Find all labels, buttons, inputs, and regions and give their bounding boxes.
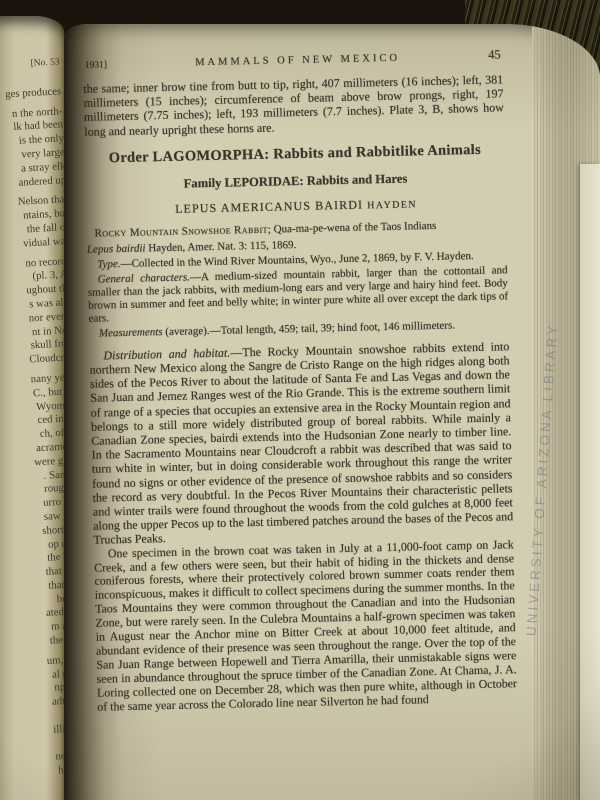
synonymy-species: Lepus bairdii <box>87 242 146 255</box>
left-page-fragment-line: nparison: <box>37 680 64 697</box>
left-page-fragment-line: um, shows <box>36 652 64 669</box>
family-heading: Family LEPORIDAE: Rabbits and Hares <box>85 169 505 194</box>
left-page-fragment-line: that there <box>31 577 64 594</box>
left-page-fragment-line: ated, were <box>33 605 64 622</box>
measurements-paren: (average). <box>162 325 209 338</box>
left-page-fragment-line: neters (46 <box>41 749 64 766</box>
order-heading: Order LAGOMORPHA: Rabbits and Rabbitlike… <box>85 141 505 168</box>
synonymy-citation: Hayden, Amer. Nat. 3: 115, 1869. <box>145 239 296 254</box>
left-page-fragment-line: m a large <box>34 619 64 636</box>
left-page-fragment-line: adth, 176; <box>38 694 64 711</box>
species-heading: LEPUS AMERICANUS BAIRDI HAYDEN <box>86 194 506 219</box>
left-page-fragment-line: saw them <box>28 509 64 526</box>
species-name: LEPUS AMERICANUS BAIRDI <box>175 197 363 215</box>
page-text-block: 1931] MAMMALS OF NEW MEXICO 45 the same;… <box>83 47 518 714</box>
page-number: 45 <box>488 47 501 62</box>
specimens-paragraph: One specimen in the brown coat was taken… <box>94 538 518 714</box>
under-page-edge <box>580 164 600 800</box>
measurements-lead: Measurements <box>99 326 163 339</box>
left-page-fragment-line: al portion <box>36 666 64 683</box>
left-page-fragment-line: the White <box>35 633 64 650</box>
general-characters-entry: General characters.—A medium-sized mount… <box>88 264 509 326</box>
left-page-fragment-line: vidual was <box>12 235 64 252</box>
left-page-edge: [No. 53 ges producesn the north-lk had b… <box>0 16 64 800</box>
right-page: UNIVERSITY OF ARIZONA LIBRARY 1931] MAMM… <box>64 24 600 800</box>
common-name: Rocky Mountain Snowshoe Rabbit <box>94 224 268 240</box>
book-photo: [No. 53 ges producesn the north-lk had b… <box>0 0 600 800</box>
species-author: HAYDEN <box>367 199 417 211</box>
left-page-text-fragments: [No. 53 ges producesn the north-lk had b… <box>0 16 64 779</box>
general-characters-lead: General characters. <box>98 271 191 285</box>
left-page-fragment-line: Cloudcroft <box>19 351 64 368</box>
left-page-running-head: [No. 53 <box>2 56 60 73</box>
distribution-text: —The Rocky Mountain snowshoe rabbits ext… <box>90 339 514 547</box>
distribution-paragraph: Distribution and habitat.—The Rocky Moun… <box>89 339 513 547</box>
left-page-fragment-line: were given <box>25 453 64 470</box>
left-page-fragment-line: illimeters. <box>40 721 64 738</box>
left-page-fragment-line: skull of <box>39 707 64 724</box>
left-page-fragment-line: but that <box>32 591 64 608</box>
running-head: 1931] MAMMALS OF NEW MEXICO 45 <box>85 47 501 71</box>
common-name-native: ; Qua-ma-pe-wena of the Taos Indians <box>268 220 437 236</box>
left-page-fragment-line: that when <box>31 564 64 581</box>
running-head-title: MAMMALS OF NEW MEXICO <box>195 53 400 69</box>
left-page-fragment-line: short time <box>28 522 64 539</box>
left-page-fragment-list: ges producesn the north-lk had beenis th… <box>4 85 64 779</box>
type-lead: Type. <box>97 258 121 271</box>
intro-paragraph: the same; inner brow tine from butt to t… <box>83 72 504 138</box>
left-page-fragment-line: hes); left, <box>42 762 64 779</box>
left-page-fragment-line: tt to tip: <box>40 735 64 752</box>
running-head-year: 1931] <box>85 60 107 71</box>
